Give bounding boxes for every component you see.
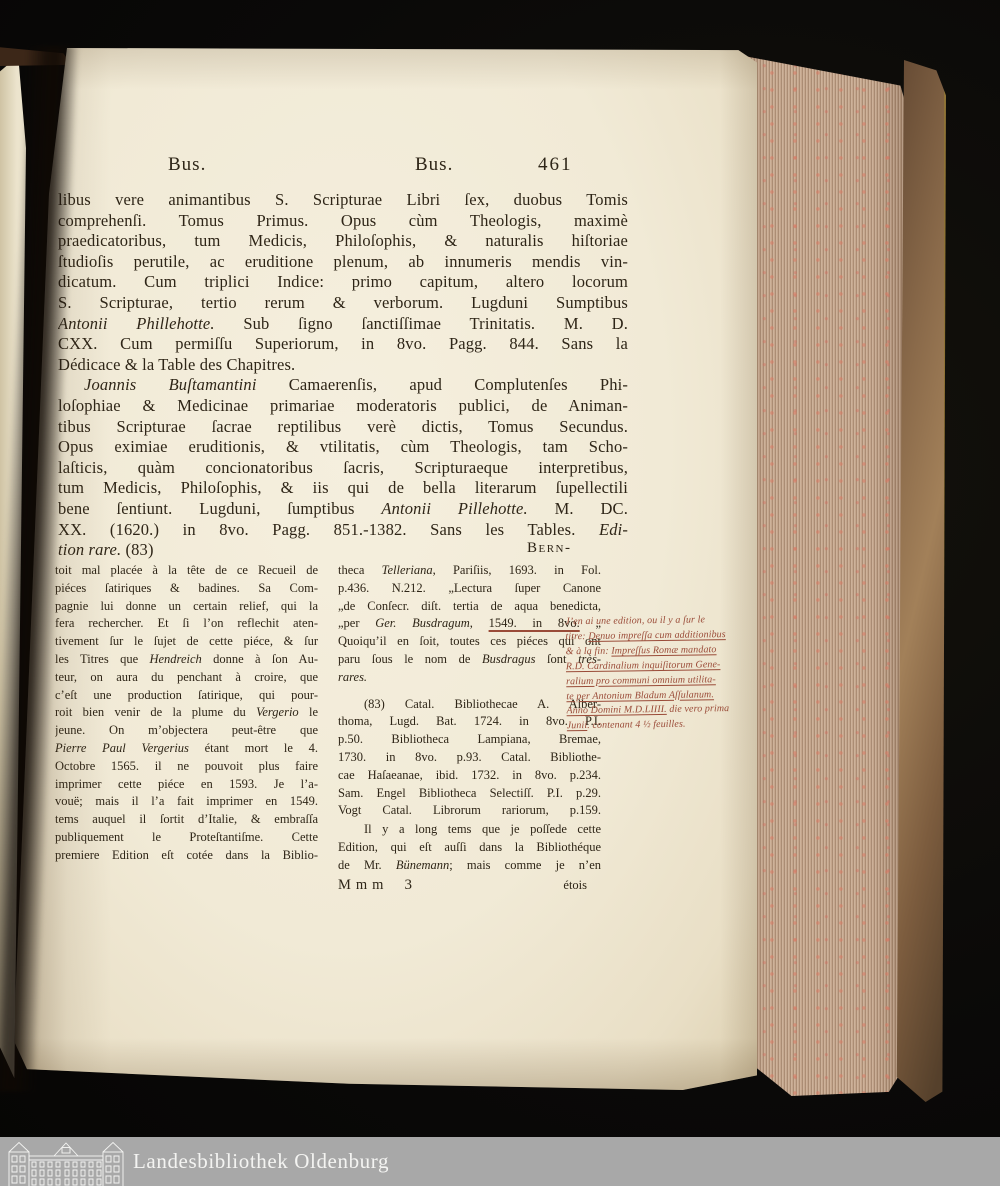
text-line: pagnie lui donne un certain relief, qui … xyxy=(55,598,318,616)
text-line: fera rechercher. Et ſi l’on reflechit at… xyxy=(55,615,318,633)
text-line: tems auquel il ſortit d’Italie, & embraſ… xyxy=(55,811,318,829)
text-line: comprehenſi. Tomus Primus. Opus cùm Theo… xyxy=(58,211,628,232)
text-segment: cae Haſaeanae, ibid. 1732. in 8vo. p.234… xyxy=(338,768,601,782)
text-segment: ſtudioſis perutile, ac eruditione plenum… xyxy=(58,252,628,271)
text-segment: Dédicace & la Table des Chapitres. xyxy=(58,355,295,374)
text-segment: Joannis Buſtamantini xyxy=(84,375,257,394)
book-fore-edge xyxy=(742,50,907,1096)
page-footer-line: Mmm 3 étois xyxy=(338,877,601,895)
right-column: theca Telleriana, Pariſiis, 1693. in Fol… xyxy=(338,562,601,894)
text-line: XX. (1620.) in 8vo. Pagg. 851.-1382. San… xyxy=(58,520,628,541)
text-line: 1730. in 8vo. p.93. Catal. Bibliothe- xyxy=(338,749,601,767)
text-line: titre: Denuo impreſſa cum additionibus xyxy=(565,628,751,646)
text-segment: Quoiqu’il en ſoit, toutes ces piéces qui… xyxy=(338,634,601,648)
text-line: „de Conſecr. diſt. tertia de aqua benedi… xyxy=(338,598,601,616)
text-line: „per Ger. Busdragum, 1549. in 8vo. „ xyxy=(338,615,601,633)
text-line: Vogt Catal. Librorum rariorum, p.159. xyxy=(338,802,601,820)
text-segment: , Pariſiis, 1693. in Fol. xyxy=(433,563,601,577)
text-segment: 1730. in 8vo. p.93. Catal. Bibliothe- xyxy=(338,750,601,764)
text-segment: le xyxy=(299,705,318,719)
text-line: piéces ſatiriques & badines. Sa Com- xyxy=(55,580,318,598)
text-line: theca Telleriana, Pariſiis, 1693. in Fol… xyxy=(338,562,601,580)
book-scan-photo: Bus. Bus. 461 libus vere animantibus S. … xyxy=(0,0,1000,1186)
text-segment: loſophiae & Medicinae primariae moderato… xyxy=(58,396,628,415)
text-line: c’eſt une production ſatirique, qui pour… xyxy=(55,687,318,705)
text-line: CXX. Cum permiſſu Superiorum, in 8vo. Pa… xyxy=(58,334,628,355)
text-segment: de Mr. xyxy=(338,858,396,872)
text-segment: XX. (1620.) in 8vo. Pagg. 851.-1382. San… xyxy=(58,520,599,539)
text-line: tivement ſur le ſujet de cette piéce, & … xyxy=(55,633,318,651)
text-segment: Antonii Pillehotte. xyxy=(381,499,527,518)
library-building-icon xyxy=(7,1139,125,1186)
text-line: Junii. contenant 4 ½ feuilles. xyxy=(567,717,753,735)
text-segment: toit mal placée à la tête de ce Recueil … xyxy=(55,563,318,577)
text-segment: vouë; mais il l’a fait imprimer en 1549. xyxy=(55,794,318,808)
text-segment: pagnie lui donne un certain relief, qui … xyxy=(55,599,318,613)
right-column-para3: Il y a long tems que je poſſede cetteEdi… xyxy=(338,821,601,874)
text-segment: & à la fin: xyxy=(566,645,612,657)
text-segment: bene ſentiunt. Lugduni, ſumptibus xyxy=(58,499,381,518)
text-line: Octobre 1565. il ne pouvoit plus faire xyxy=(55,758,318,776)
text-line: Quoiqu’il en ſoit, toutes ces piéces qui… xyxy=(338,633,601,651)
right-column-para2: (83) Catal. Bibliothecae A. Alber-thoma,… xyxy=(338,696,601,821)
text-segment: libus vere animantibus S. Scripturae Lib… xyxy=(58,190,628,209)
text-line: libus vere animantibus S. Scripturae Lib… xyxy=(58,190,628,211)
text-segment: piéces ſatiriques & badines. Sa Com- xyxy=(55,581,318,595)
text-segment: Busdragus xyxy=(482,652,535,666)
text-line: thoma, Lugd. Bat. 1724. in 8vo. P.I. xyxy=(338,713,601,731)
text-segment: theca xyxy=(338,563,382,577)
text-segment: Junii xyxy=(567,720,588,731)
text-segment: Vergerio xyxy=(256,705,299,719)
text-line: roit bien venir de la plume du Vergerio … xyxy=(55,704,318,722)
text-line: Opus eximiae eruditionis, & vtilitatis, … xyxy=(58,437,628,458)
text-line: jeune. On m’objectera peut-être que xyxy=(55,722,318,740)
text-segment: donne à ſon Au- xyxy=(202,652,318,666)
text-line: imprimer cette piéce en 1593. Je l’a- xyxy=(55,776,318,794)
text-segment: „per xyxy=(338,616,375,630)
text-segment: tivement ſur le ſujet de cette piéce, & … xyxy=(55,634,318,648)
text-segment: Impreſſus Romæ mandato xyxy=(611,644,716,656)
text-segment: ; mais comme je n’en xyxy=(449,858,601,872)
text-segment: Camaerenſis, apud Complutenſes Phi- xyxy=(257,375,628,394)
text-segment: thoma, Lugd. Bat. 1724. in 8vo. P.I. xyxy=(338,714,601,728)
text-line: dicatum. Cum triplici Indice: primo capi… xyxy=(58,272,628,293)
text-line: rares. xyxy=(338,669,601,687)
text-segment: Octobre 1565. il ne pouvoit plus faire xyxy=(55,759,318,773)
text-segment: Edition, qui eſt auſſi dans la Bibliothé… xyxy=(338,840,601,854)
text-line: Sam. Engel Bibliotheca Selectiſſ. P.I. p… xyxy=(338,785,601,803)
text-line: loſophiae & Medicinae primariae moderato… xyxy=(58,396,628,417)
text-segment: publiquement le Proteſtantiſme. Cette xyxy=(55,830,318,844)
text-line: teur, on aura du penchant à croire, que xyxy=(55,669,318,687)
text-line: cae Haſaeanae, ibid. 1732. in 8vo. p.234… xyxy=(338,767,601,785)
catchword-bern: Bern- xyxy=(527,540,572,557)
library-banner: Landesbibliothek Oldenburg xyxy=(0,1137,1000,1186)
text-segment: jeune. On m’objectera peut-être que xyxy=(55,723,318,737)
text-line: p.50. Bibliotheca Lampiana, Bremae, xyxy=(338,731,601,749)
text-line: bene ſentiunt. Lugduni, ſumptibus Antoni… xyxy=(58,499,628,520)
banner-title: Landesbibliothek Oldenburg xyxy=(133,1137,389,1186)
running-title-right: Bus. xyxy=(415,154,453,176)
text-segment: Sam. Engel Bibliotheca Selectiſſ. P.I. p… xyxy=(338,786,601,800)
text-segment: c’eſt une production ſatirique, qui pour… xyxy=(55,688,318,702)
text-segment: titre: xyxy=(565,631,588,642)
signature-mark: Mmm 3 xyxy=(338,877,412,895)
text-line: premiere Edition eſt cotée dans la Bibli… xyxy=(55,847,318,865)
text-segment: praedicatoribus, tum Medicis, Philoſophi… xyxy=(58,231,628,250)
text-line: tibus Scripturae ſacrae reptilibus verè … xyxy=(58,417,628,438)
text-line: Pierre Paul Vergerius étant mort le 4. xyxy=(55,740,318,758)
text-segment: Vogt Catal. Librorum rariorum, p.159. xyxy=(338,803,601,817)
text-segment: te per Antonium Bladum Aſſulanum. xyxy=(566,689,714,702)
text-line: laſticis, quàm concionatoribus ſacris, S… xyxy=(58,458,628,479)
text-line: Edition, qui eſt auſſi dans la Bibliothé… xyxy=(338,839,601,857)
text-segment: M. DC. xyxy=(528,499,628,518)
main-text-block: libus vere animantibus S. Scripturae Lib… xyxy=(58,190,628,561)
text-segment: Opus eximiae eruditionis, & vtilitatis, … xyxy=(58,437,628,456)
text-segment: tion rare. xyxy=(58,540,121,559)
page-number: 461 xyxy=(538,154,573,176)
text-line: p.436. N.212. „Lectura ſuper Canone xyxy=(338,580,601,598)
text-segment: fera rechercher. Et ſi l’on reflechit at… xyxy=(55,616,318,630)
right-column-para1: theca Telleriana, Pariſiis, 1693. in Fol… xyxy=(338,562,601,687)
text-segment: Denuo impreſſa cum additionibus xyxy=(588,629,726,642)
text-segment: paru ſous le nom de xyxy=(338,652,482,666)
text-line: vouë; mais il l’a fait imprimer en 1549. xyxy=(55,793,318,811)
text-segment: Hendreich xyxy=(149,652,201,666)
left-column: toit mal placée à la tête de ce Recueil … xyxy=(55,562,318,894)
text-line: Antonii Phillehotte. Sub ſigno ſanctiſſi… xyxy=(58,314,628,335)
text-segment: p.436. N.212. „Lectura ſuper Canone xyxy=(338,581,601,595)
book-page: Bus. Bus. 461 libus vere animantibus S. … xyxy=(15,48,757,1090)
text-segment: rares. xyxy=(338,670,367,684)
text-line: tum Medicis, Philoſophis, & iis qui de b… xyxy=(58,478,628,499)
text-segment: R.D. Cardinalium inquiſitorum Gene- xyxy=(566,659,721,672)
text-segment: Bünemann xyxy=(396,858,449,872)
text-segment: , xyxy=(470,616,489,630)
handwritten-marginalia-note: J’en ai une edition, ou il y a ſur letit… xyxy=(565,613,753,735)
text-line: publiquement le Proteſtantiſme. Cette xyxy=(55,829,318,847)
text-line: S. Scripturae, tertio rerum & verborum. … xyxy=(58,293,628,314)
text-segment: étant mort le 4. xyxy=(189,741,318,755)
text-line: praedicatoribus, tum Medicis, Philoſophi… xyxy=(58,231,628,252)
text-segment: p.50. Bibliotheca Lampiana, Bremae, xyxy=(338,732,601,746)
text-segment: . contenant 4 ½ feuilles. xyxy=(587,719,685,731)
text-segment: Edi- xyxy=(599,520,628,539)
text-line: ſtudioſis perutile, ac eruditione plenum… xyxy=(58,252,628,273)
text-segment: Anno Domini M.D.LIIII. xyxy=(566,704,666,716)
text-segment: CXX. Cum permiſſu Superiorum, in 8vo. Pa… xyxy=(58,334,628,353)
signature-letters: Mmm xyxy=(338,877,388,895)
text-line: Anno Domini M.D.LIIII. die vero prima xyxy=(566,702,752,720)
text-segment: comprehenſi. Tomus Primus. Opus cùm Theo… xyxy=(58,211,628,230)
text-segment: (83) xyxy=(121,540,153,559)
text-line: de Mr. Bünemann; mais comme je n’en xyxy=(338,857,601,875)
text-line: paru ſous le nom de Busdragus ſont très- xyxy=(338,651,601,669)
text-segment: J’en ai une edition, ou il y a ſur le xyxy=(565,614,705,627)
text-segment: die vero prima xyxy=(667,703,730,715)
text-segment: tibus Scripturae ſacrae reptilibus verè … xyxy=(58,417,628,436)
text-segment: premiere Edition eſt cotée dans la Bibli… xyxy=(55,848,318,862)
catchword-etois: étois xyxy=(563,877,587,895)
text-segment: S. Scripturae, tertio rerum & verborum. … xyxy=(58,293,628,312)
text-line: Il y a long tems que je poſſede cette xyxy=(338,821,601,839)
text-segment: Il y a long tems que je poſſede cette xyxy=(364,822,601,836)
text-segment: Telleriana xyxy=(382,563,433,577)
text-line: toit mal placée à la tête de ce Recueil … xyxy=(55,562,318,580)
text-segment: Antonii Phillehotte. xyxy=(58,314,215,333)
text-segment: „de Conſecr. diſt. tertia de aqua benedi… xyxy=(338,599,601,613)
text-segment: roit bien venir de la plume du xyxy=(55,705,256,719)
text-line: Joannis Buſtamantini Camaerenſis, apud C… xyxy=(58,375,628,396)
cover-top-corner xyxy=(0,44,72,66)
text-segment: laſticis, quàm concionatoribus ſacris, S… xyxy=(58,458,628,477)
running-title-left: Bus. xyxy=(168,154,206,176)
text-line: (83) Catal. Bibliothecae A. Alber- xyxy=(338,696,601,714)
text-segment: tems auquel il ſortit d’Italie, & embraſ… xyxy=(55,812,318,826)
text-segment: les Titres que xyxy=(55,652,149,666)
text-segment: Ger. Busdragum xyxy=(375,616,470,630)
text-segment: teur, on aura du penchant à croire, que xyxy=(55,670,318,684)
text-segment: Sub ſigno ſanctiſſimae Trinitatis. M. D. xyxy=(215,314,628,333)
text-segment: Pierre Paul Vergerius xyxy=(55,741,189,755)
text-segment: dicatum. Cum triplici Indice: primo capi… xyxy=(58,272,628,291)
footnote-columns: toit mal placée à la tête de ce Recueil … xyxy=(55,562,601,894)
text-line: les Titres que Hendreich donne à ſon Au- xyxy=(55,651,318,669)
signature-number: 3 xyxy=(404,877,412,895)
text-segment: imprimer cette piéce en 1593. Je l’a- xyxy=(55,777,318,791)
text-segment: ralium pro communi omnium utilita- xyxy=(566,674,716,687)
text-line: Dédicace & la Table des Chapitres. xyxy=(58,355,628,376)
text-segment: tum Medicis, Philoſophis, & iis qui de b… xyxy=(58,478,628,497)
